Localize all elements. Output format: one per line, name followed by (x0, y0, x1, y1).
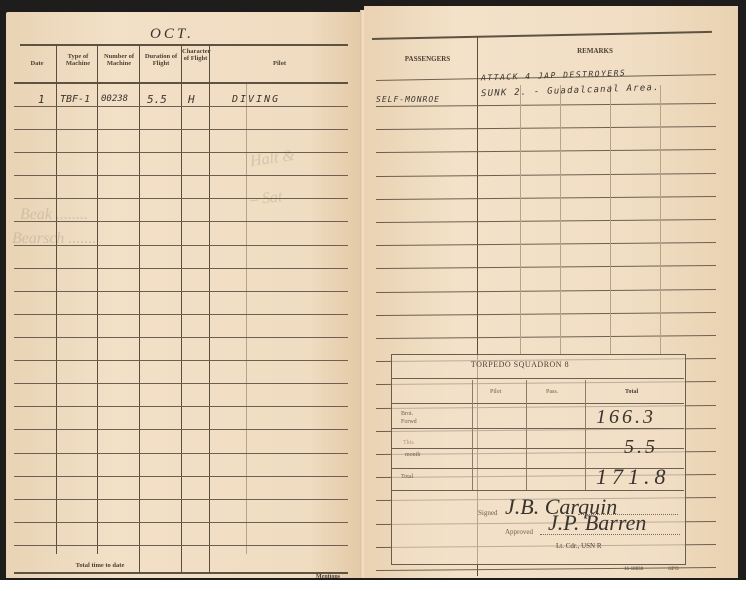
col-header-passengers: PASSENGERS (380, 56, 475, 63)
stamp-col-total: Total (625, 389, 638, 395)
row-line (14, 522, 348, 523)
col-header-date: Date (18, 60, 56, 67)
row-line (14, 198, 348, 199)
stamp-row-label: Forwd (401, 419, 417, 425)
stamp-col-pilot: Pilot (490, 389, 501, 395)
stamp-row-label: month (405, 452, 420, 458)
row-line (14, 175, 348, 176)
stamp-col-pass: Pass. (546, 389, 558, 395)
faint-guide (610, 85, 611, 355)
bleed-through-mark: Beak ........ (20, 206, 88, 224)
faint-guide (660, 85, 661, 355)
row-line (14, 545, 348, 546)
col-divider (139, 44, 140, 574)
stamp-total-forward: 166.3 (596, 406, 656, 429)
stamp-total-month: 5.5 (624, 436, 658, 459)
approved-signature: J.P. Barren (548, 510, 646, 536)
faint-guide (560, 85, 561, 355)
col-divider (209, 44, 210, 574)
row-line (14, 152, 348, 153)
row-line (14, 476, 348, 477)
stamp-total-sum: 171.8 (596, 464, 671, 490)
col-header-duration: Duration of Flight (141, 53, 181, 67)
stamp-rule (392, 403, 684, 404)
row-line (14, 337, 348, 338)
total-time-label: Total time to date (60, 562, 140, 569)
entry-date: 1 (38, 93, 45, 106)
bleed-through-mark: – Sat (249, 188, 283, 209)
col-header-character: Character of Flight (182, 48, 209, 62)
col-divider (181, 44, 182, 574)
print-office: GPO (668, 567, 679, 572)
signed-label: Signed (478, 509, 497, 517)
print-code: 16-18838 (624, 567, 643, 572)
stamp-col-divider (585, 380, 586, 490)
stamp-row-label: Total (401, 474, 413, 480)
stamp-col-divider (526, 380, 527, 490)
entry-type: TBF-1 (60, 94, 90, 105)
header-top-rule (20, 44, 348, 46)
month-label: OCT. (150, 26, 194, 43)
entry-passengers: SELF-MONROE (376, 95, 440, 104)
bottom-margin (0, 580, 754, 591)
row-line (14, 106, 348, 107)
stamp-col-divider (472, 380, 473, 490)
col-header-type: Type of Machine (59, 53, 97, 67)
col-divider (97, 44, 98, 554)
col-divider (56, 44, 57, 554)
approval-dotted-line (540, 534, 680, 535)
entry-number: 00238 (101, 94, 128, 104)
entry-duration: 5.5 (147, 93, 167, 106)
row-line (14, 314, 348, 315)
col-header-remarks: REMARKS (480, 48, 710, 55)
stamp-row-label: This (403, 440, 414, 446)
footer-rule (14, 572, 348, 574)
faint-guide (520, 85, 521, 355)
stamp-row-label: Brot. (401, 411, 413, 417)
faint-guide (246, 84, 247, 554)
row-line (14, 360, 348, 361)
approved-label: Approved (505, 528, 533, 536)
right-edge-shadow (738, 6, 746, 580)
stamp-rule (392, 490, 684, 491)
row-line (14, 453, 348, 454)
col-header-number: Number of Machine (99, 53, 139, 67)
entry-character: H (188, 93, 195, 106)
row-line (14, 291, 348, 292)
entry-pilot: DIVING (232, 94, 280, 105)
row-line (14, 499, 348, 500)
row-line (14, 268, 348, 269)
approver-rank: Lt. Cdr., USN R (556, 542, 602, 550)
row-line (14, 406, 348, 407)
stamp-title: TORPEDO SQUADRON 8 (440, 361, 600, 368)
stamp-rule (392, 378, 684, 379)
row-line (14, 429, 348, 430)
row-line (14, 129, 348, 130)
col-header-pilot: Pilot (212, 60, 347, 67)
row-line (14, 383, 348, 384)
bleed-through-mark: Bearsch ....... (12, 230, 96, 248)
